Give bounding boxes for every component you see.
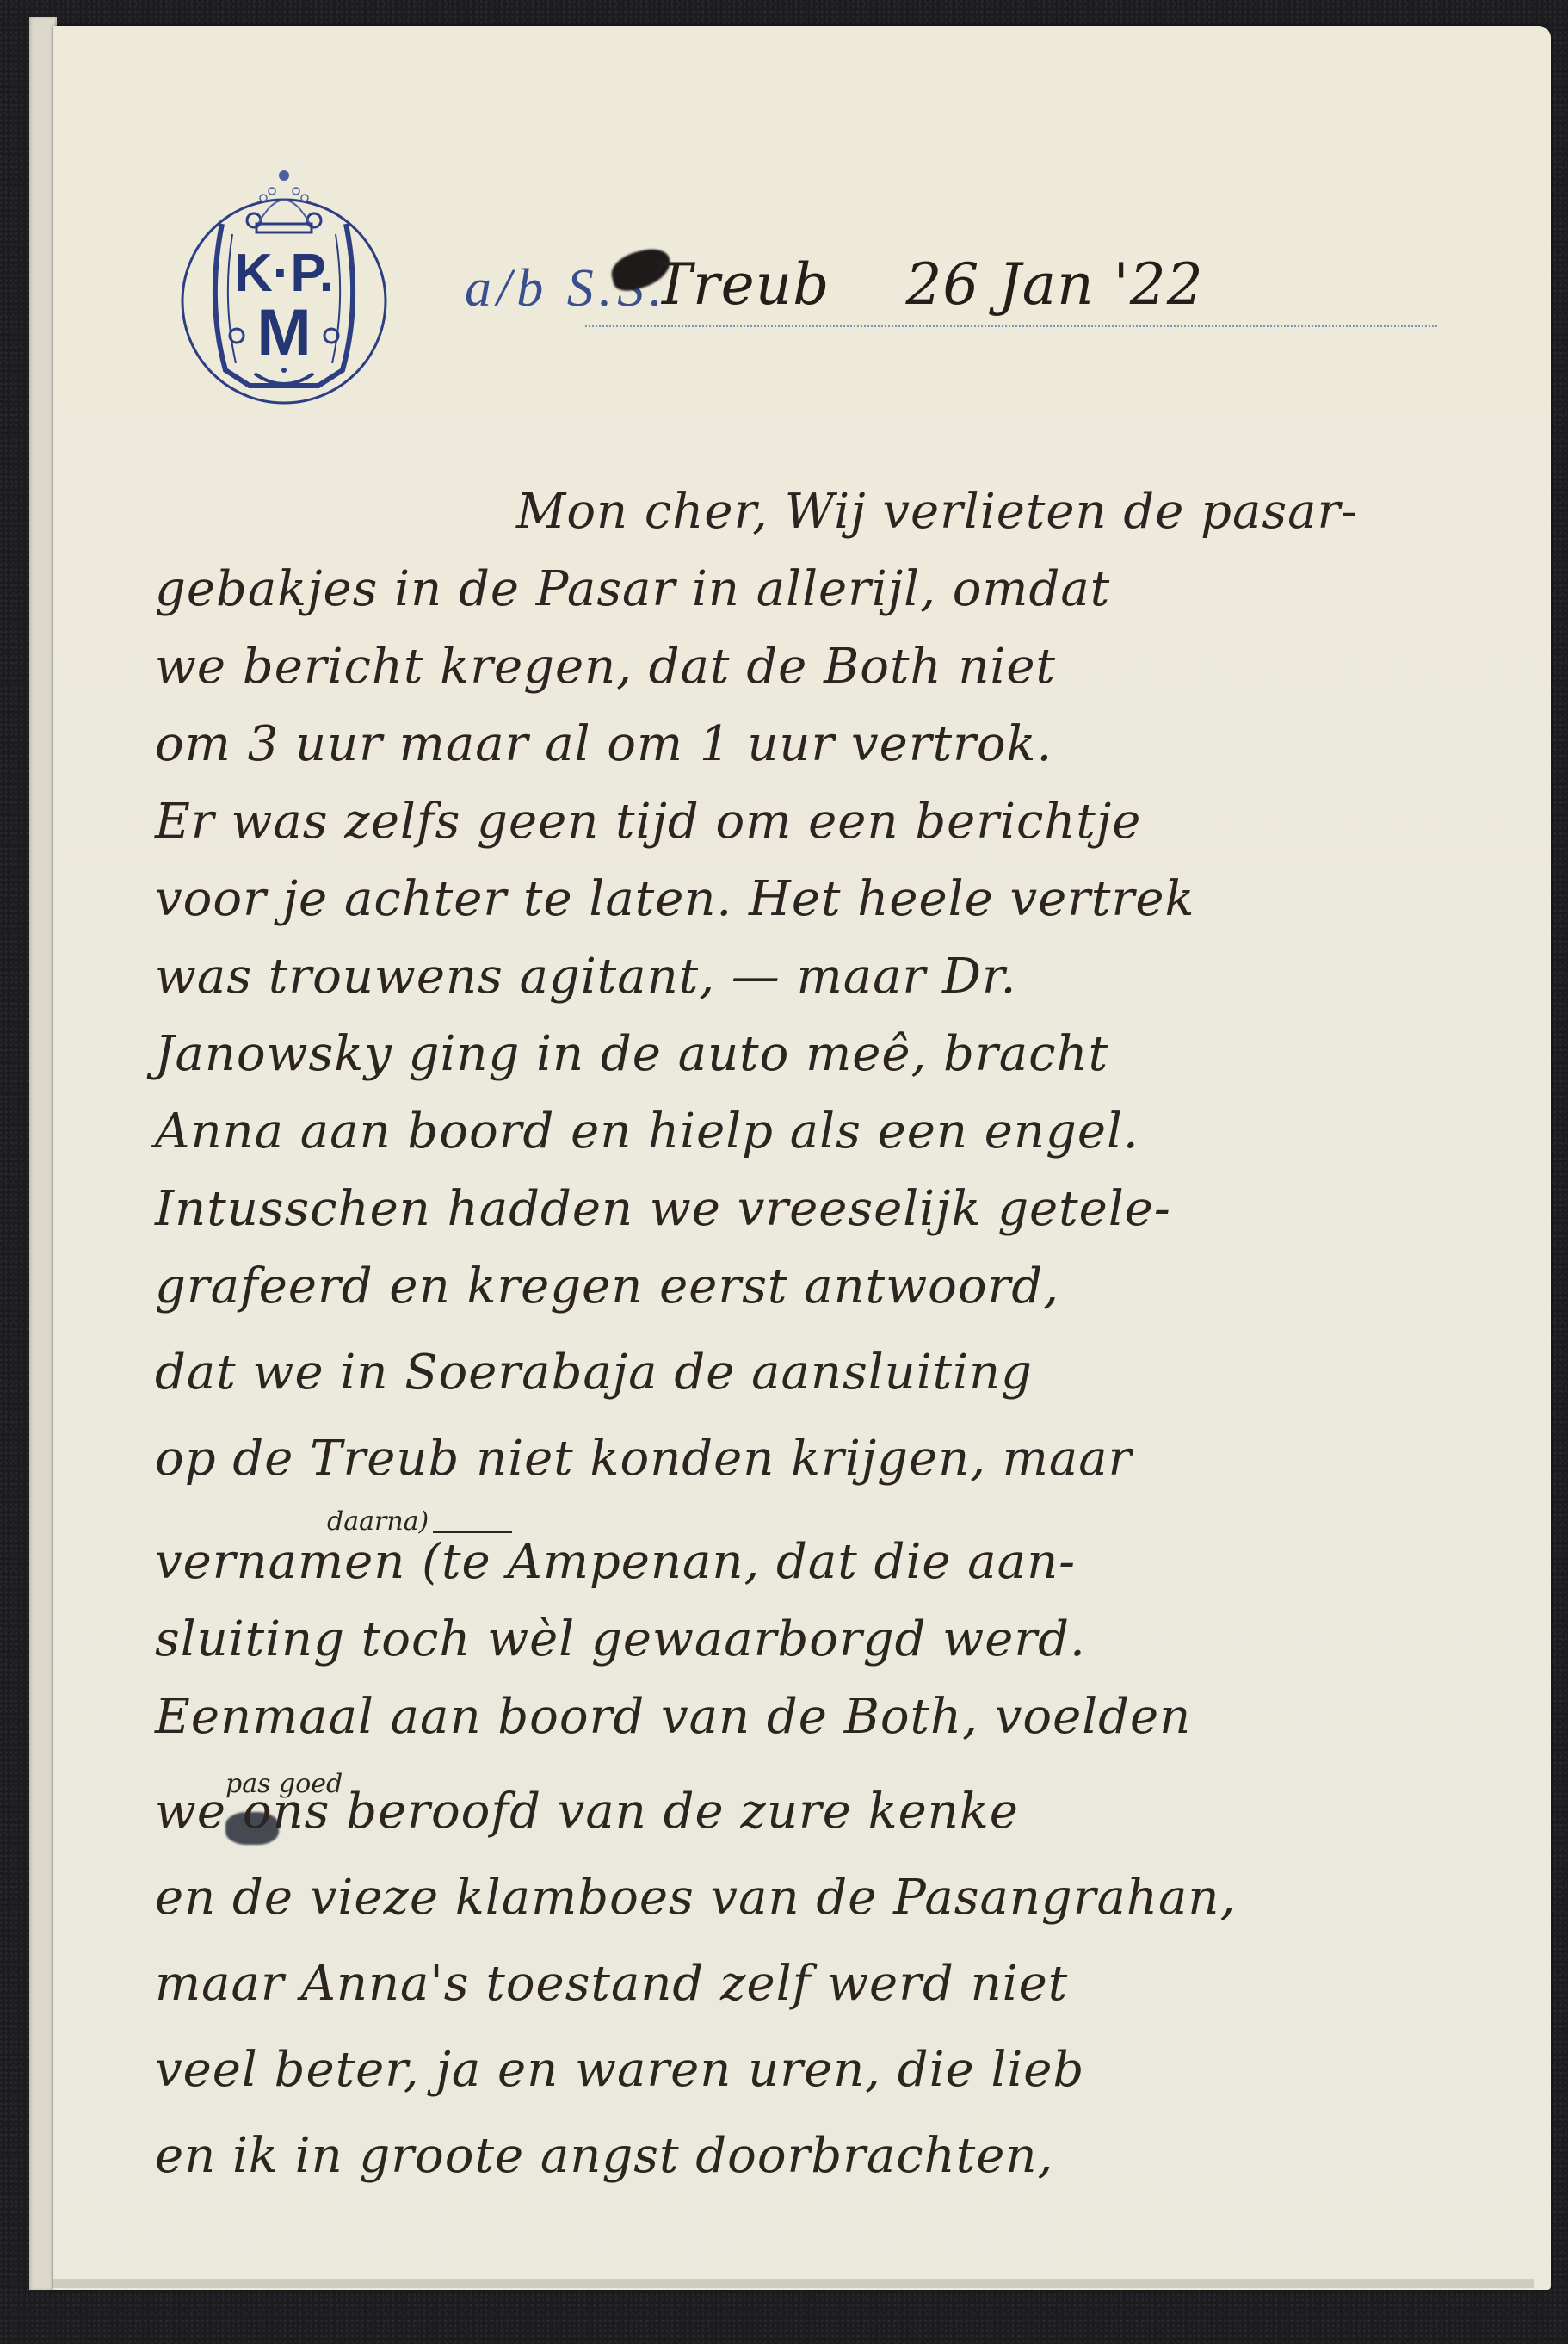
body-line-5: Er was zelfs geen tijd om een berichtje <box>155 794 1480 850</box>
body-line-17: we ons beroofd van de zure kenke <box>155 1784 1480 1840</box>
underline-niet <box>433 1531 512 1533</box>
body-line-7: was trouwens agitant, — maar Dr. <box>155 949 1480 1005</box>
body-line-19: maar Anna's toestand zelf werd niet <box>155 1956 1480 2012</box>
body-line-11: grafeerd en kregen eerst antwoord, <box>155 1259 1480 1314</box>
body-line-10: Intusschen hadden we vreeselijk getele- <box>155 1181 1480 1237</box>
ship-and-date: Treub 26 Jan '22 <box>654 251 1204 318</box>
body-line-9: Anna aan boord en hielp als een engel. <box>155 1104 1480 1160</box>
body-line-20: veel beter, ja en waren uren, die lieb <box>155 2042 1480 2098</box>
body-line-4: om 3 uur maar al om 1 uur vertrok. <box>155 716 1480 772</box>
body-line-21: en ik in groote angst doorbrachten, <box>155 2128 1480 2184</box>
body-line-3: we bericht kregen, dat de Both niet <box>155 639 1480 695</box>
body-line-12: dat we in Soerabaja de aansluiting <box>155 1345 1480 1401</box>
sheet-bottom-edge <box>53 2279 1534 2288</box>
body-line-6: voor je achter te laten. Het heele vertr… <box>155 871 1480 927</box>
kpm-logo-icon: K·P. M <box>172 164 396 413</box>
body-line-18: en de vieze klamboes van de Pasangrahan, <box>155 1870 1480 1926</box>
body-line-2: gebakjes in de Pasar in allerijl, omdat <box>155 561 1480 617</box>
body-line-1: Mon cher, Wij verlieten de pasar- <box>516 484 1568 540</box>
svg-text:K·P.: K·P. <box>234 244 334 303</box>
ship-name: Treub <box>654 251 830 318</box>
body-line-14: vernamen (te Ampenan, dat die aan- <box>155 1534 1480 1590</box>
svg-text:M: M <box>256 296 311 369</box>
body-line-13: op de Treub niet konden krijgen, maar <box>155 1431 1480 1487</box>
letter-date: 26 Jan '22 <box>905 251 1203 318</box>
letterhead-dotted-rule <box>585 325 1437 327</box>
body-line-15: sluiting toch wèl gewaarborgd werd. <box>155 1611 1480 1667</box>
annotation-daarna: daarna) <box>327 1506 429 1537</box>
body-line-8: Janowsky ging in de auto meê, bracht <box>155 1026 1480 1082</box>
body-line-16: Eenmaal aan boord van de Both, voelden <box>155 1689 1480 1745</box>
